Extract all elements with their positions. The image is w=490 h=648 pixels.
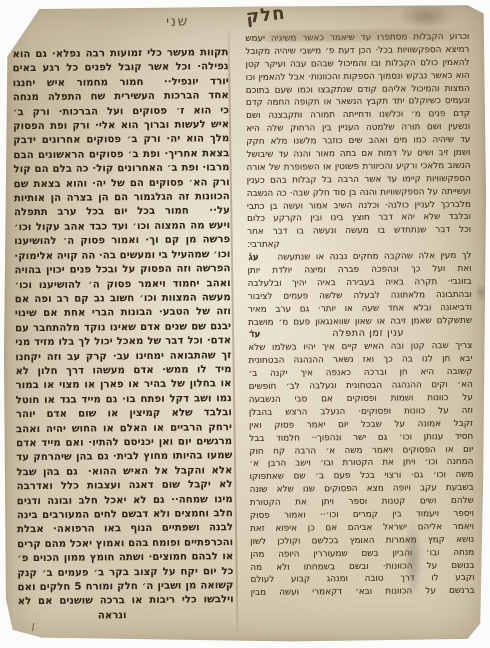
edge-smudge-mark bbox=[475, 284, 488, 302]
line-text: ונראה bbox=[98, 608, 234, 624]
text-column-left: תקוות מעשר כלי זמועות רבה נפלא· גם הוא ב… bbox=[12, 46, 234, 624]
pen-trial-mark: ן bbox=[31, 619, 36, 632]
manuscript-line: ברנשם על הכוונות ובא׳ דקאמרי ועשה מבין bbox=[251, 585, 475, 600]
running-header-left: שני bbox=[166, 14, 189, 30]
section-number-marker: עג֗ bbox=[248, 252, 258, 265]
manuscript-line: ונראה bbox=[18, 608, 234, 624]
ink-stain-top-right bbox=[398, 3, 454, 30]
line-text: ברנשם על הכוונות ובא׳ דקאמרי ועשה מבין bbox=[251, 585, 475, 600]
section-number-marker: עד֗ bbox=[249, 329, 260, 342]
running-header-right: חלק bbox=[245, 3, 287, 28]
text-column-right: וכרוע הקבלות מסתפרו עד שיאמר כאשר משיגיה… bbox=[245, 31, 474, 600]
manuscript-page: חלק שני וכרוע הקבלות מסתפרו עד שיאמר כאש… bbox=[3, 2, 487, 644]
page-content: חלק שני וכרוע הקבלות מסתפרו עד שיאמר כאש… bbox=[0, 0, 490, 646]
